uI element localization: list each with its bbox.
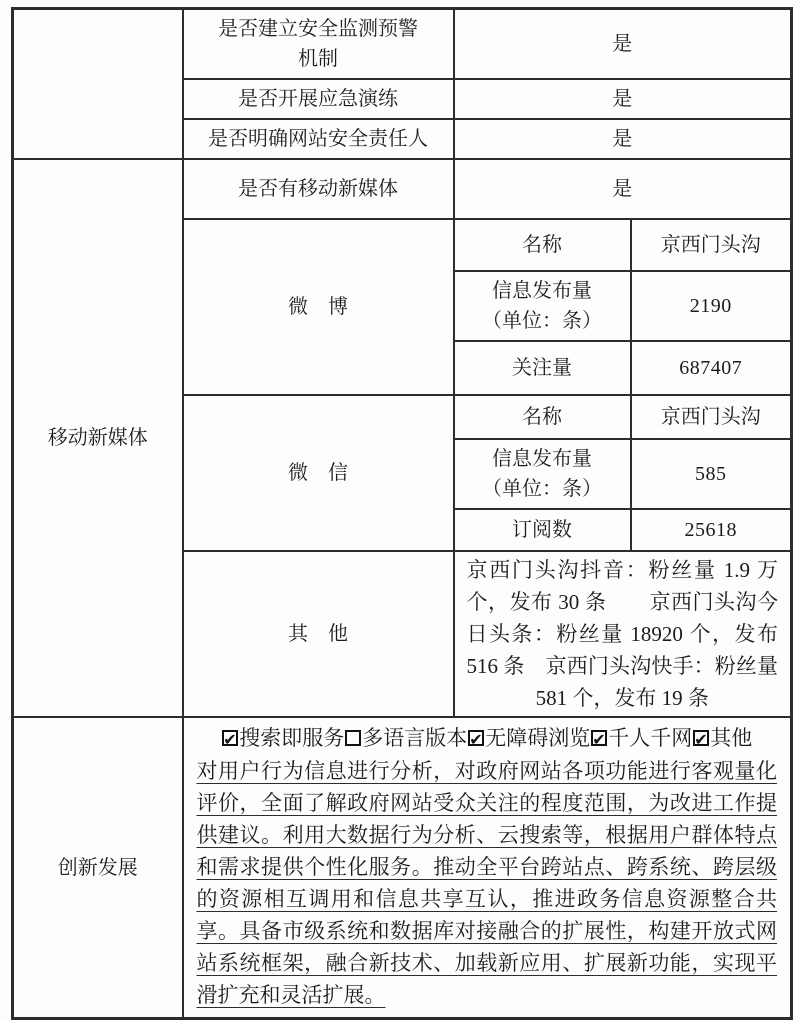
table-row: 移动新媒体 是否有移动新媒体 是: [13, 159, 792, 219]
has-mobile-media-value: 是: [454, 159, 792, 219]
weibo-posts-value: 2190: [631, 271, 792, 341]
wechat-posts-label: 信息发布量 （单位：条）: [454, 439, 631, 509]
section-label-mobile-media: 移动新媒体: [13, 159, 183, 717]
has-mobile-media-label: 是否有移动新媒体: [183, 159, 454, 219]
wechat-name-label: 名称: [454, 395, 631, 439]
innovation-option-multilingual: 多语言版本: [344, 726, 467, 750]
wechat-posts-value: 585: [631, 439, 792, 509]
other-media-value: 京西门头沟抖音：粉丝量 1.9 万个，发布 30 条 京西门头沟今日头条：粉丝量…: [454, 551, 792, 717]
weibo-label: 微 博: [183, 219, 454, 395]
innovation-checkbox-line: 搜索即服务多语言版本无障碍浏览千人千网其他: [197, 721, 778, 755]
checkbox-label: 搜索即服务: [239, 726, 344, 750]
checkbox-multilingual-icon: [345, 730, 361, 746]
wechat-name-value: 京西门头沟: [631, 395, 792, 439]
security-owner-value: 是: [454, 119, 792, 159]
annual-report-table: 是否建立安全监测预警 机制 是 是否开展应急演练 是 是否明确网站安全责任人 是…: [11, 7, 793, 1020]
table-row: 是否建立安全监测预警 机制 是: [13, 9, 792, 80]
checkbox-label: 其他: [710, 726, 752, 750]
security-monitoring-value: 是: [454, 9, 792, 80]
weibo-name-value: 京西门头沟: [631, 219, 792, 271]
emergency-drill-label: 是否开展应急演练: [183, 79, 454, 119]
innovation-option-accessibility: 无障碍浏览: [467, 726, 590, 750]
weibo-posts-label: 信息发布量 （单位：条）: [454, 271, 631, 341]
other-media-label: 其 他: [183, 551, 454, 717]
checkbox-label: 多语言版本: [362, 726, 467, 750]
weibo-followers-label: 关注量: [454, 341, 631, 395]
innovation-option-other: 其他: [692, 726, 752, 750]
security-owner-label: 是否明确网站安全责任人: [183, 119, 454, 159]
checkbox-label: 无障碍浏览: [485, 726, 590, 750]
security-monitoring-label: 是否建立安全监测预警 机制: [183, 9, 454, 80]
innovation-option-personalized-web: 千人千网: [590, 726, 692, 750]
weibo-name-label: 名称: [454, 219, 631, 271]
section-label-innovation: 创新发展: [13, 717, 183, 1019]
section-cell-empty: [13, 9, 183, 160]
innovation-option-search-service: 搜索即服务: [221, 726, 344, 750]
checkbox-other-icon: [693, 730, 709, 746]
checkbox-search-service-icon: [222, 730, 238, 746]
checkbox-accessibility-icon: [468, 730, 484, 746]
wechat-subscribers-value: 25618: [631, 509, 792, 551]
checkbox-personalized-web-icon: [591, 730, 607, 746]
table-row: 创新发展 搜索即服务多语言版本无障碍浏览千人千网其他 对用户行为信息进行分析，对…: [13, 717, 792, 1019]
checkbox-label: 千人千网: [608, 726, 692, 750]
wechat-label: 微 信: [183, 395, 454, 551]
wechat-subscribers-label: 订阅数: [454, 509, 631, 551]
emergency-drill-value: 是: [454, 79, 792, 119]
weibo-followers-value: 687407: [631, 341, 792, 395]
innovation-description: 对用户行为信息进行分析，对政府网站各项功能进行客观量化评价，全面了解政府网站受众…: [197, 755, 778, 1011]
innovation-content-cell: 搜索即服务多语言版本无障碍浏览千人千网其他 对用户行为信息进行分析，对政府网站各…: [183, 717, 792, 1019]
